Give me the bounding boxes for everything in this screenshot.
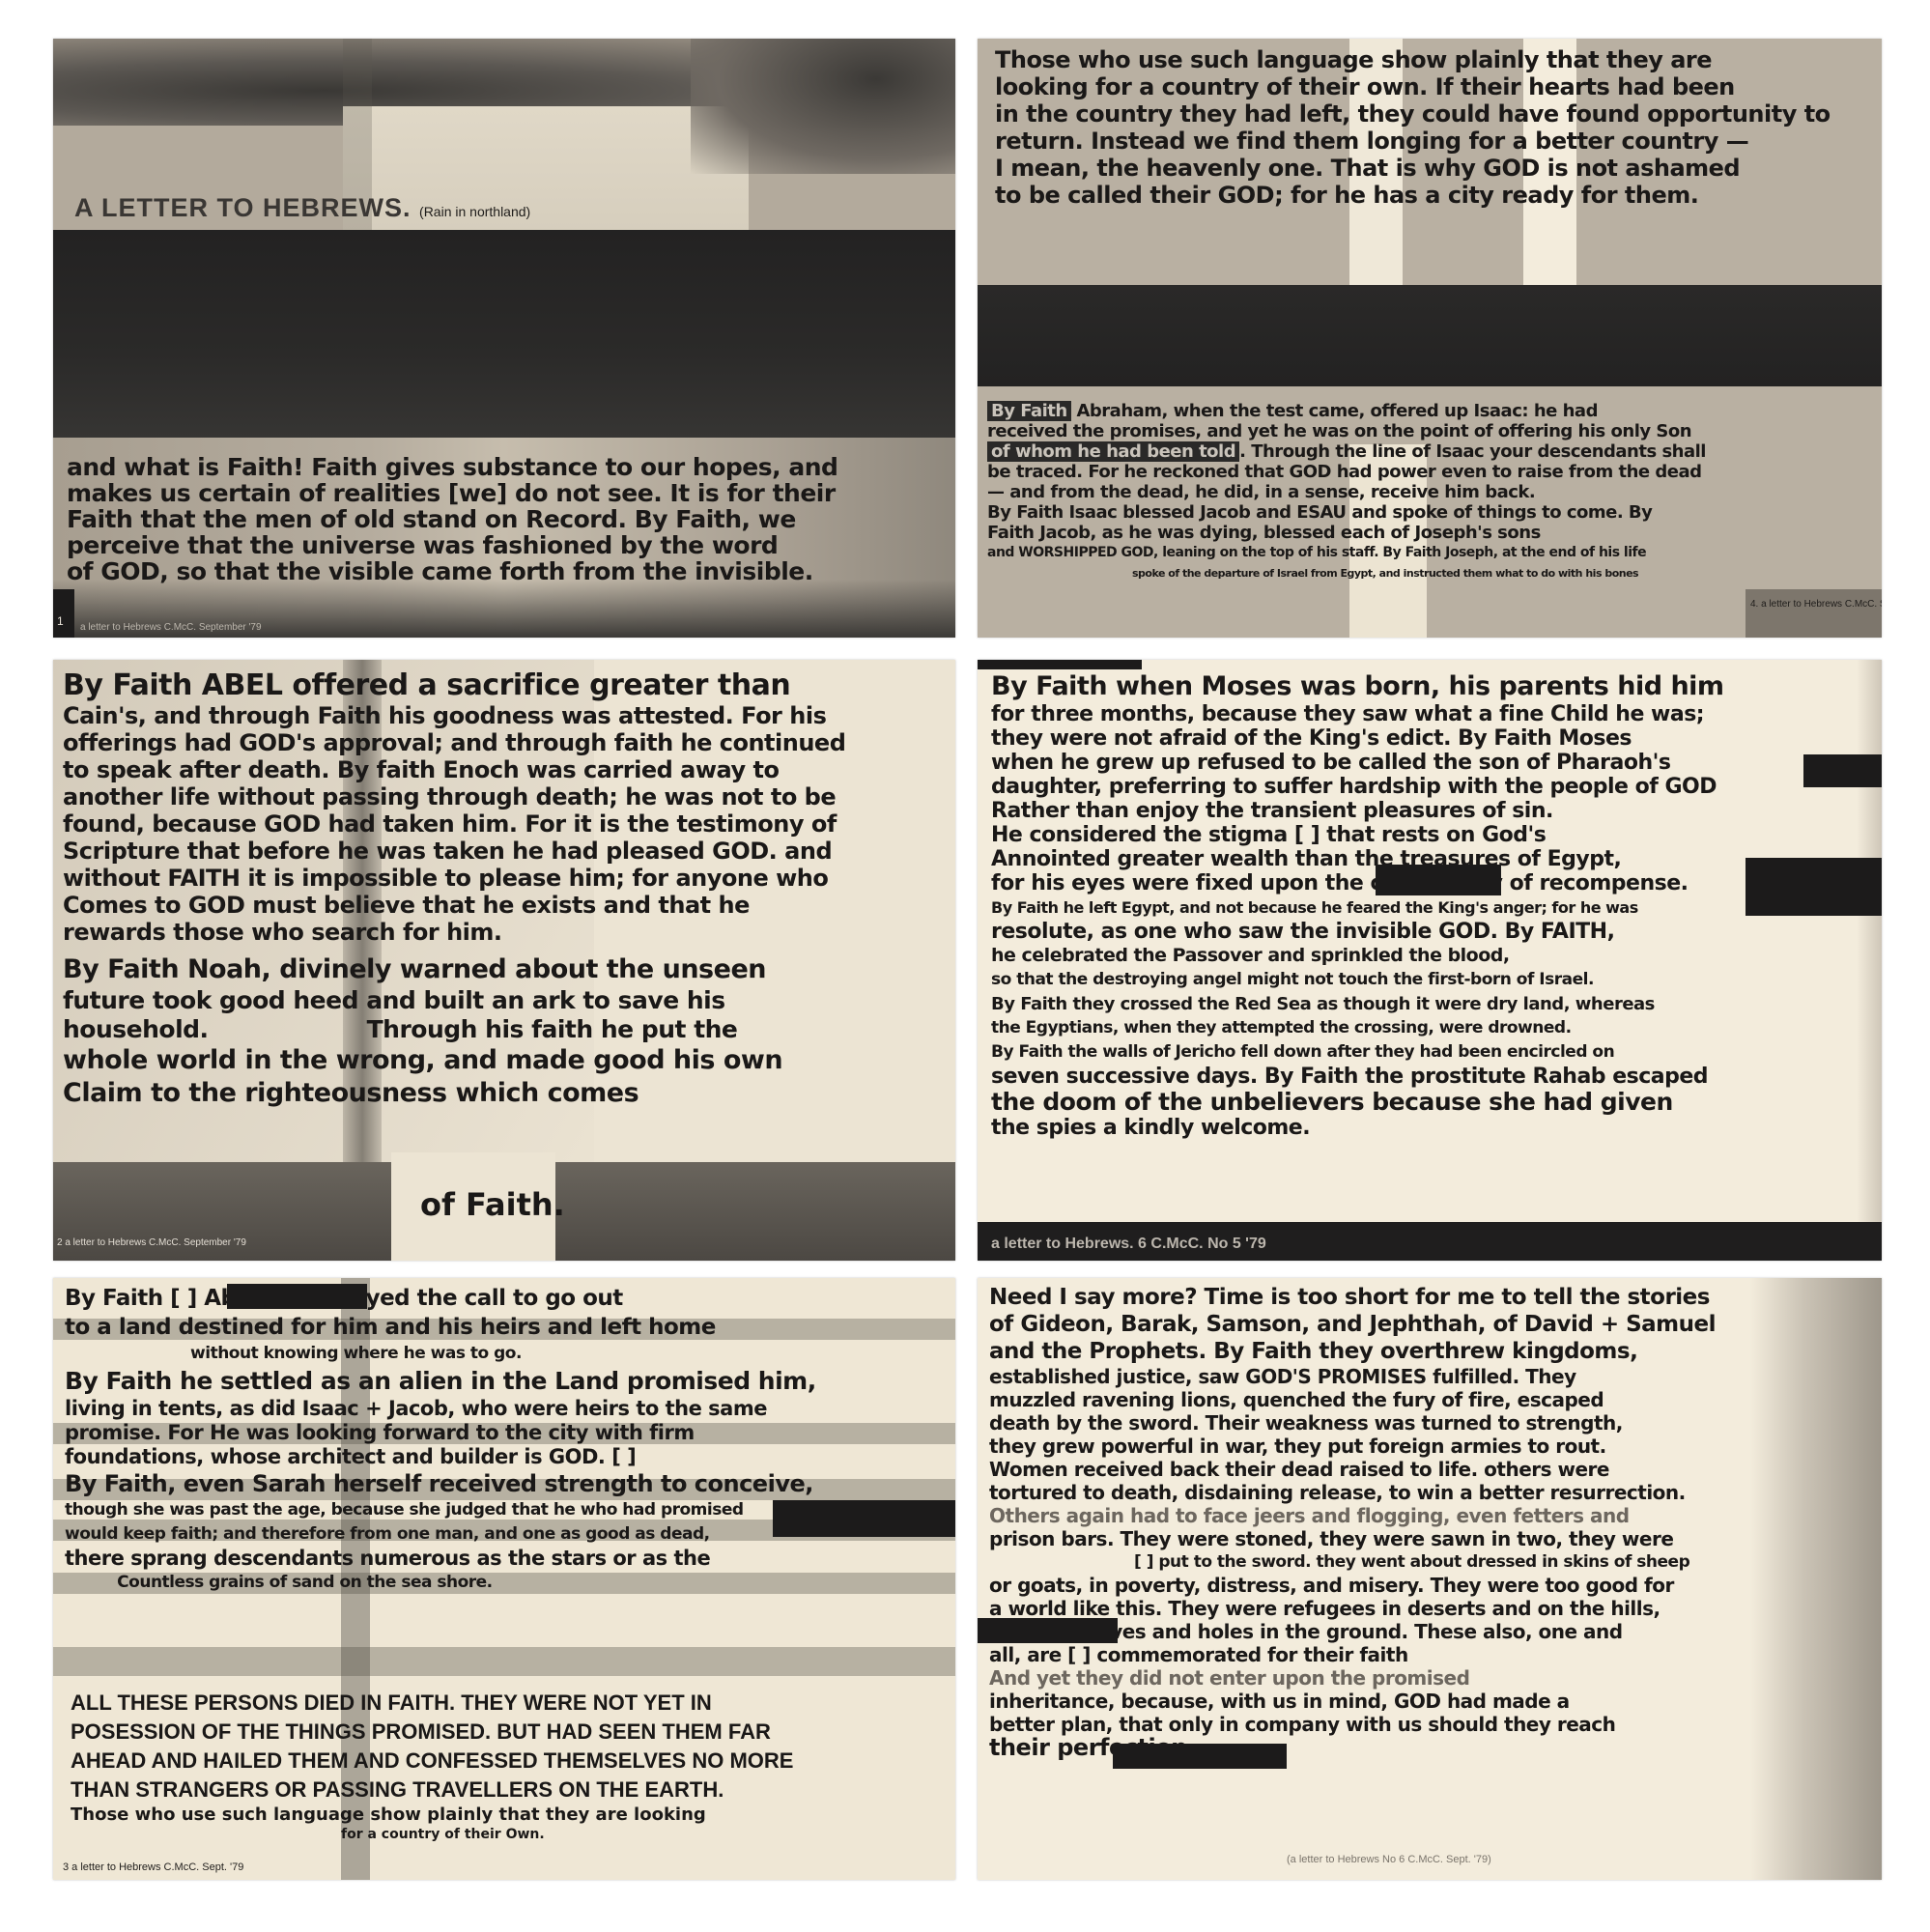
text-line: so that the destroying angel might not t… — [991, 968, 1724, 992]
text-line: though she was past the age, because she… — [65, 1498, 816, 1522]
panel-5-text: By Faith when Moses was born, his parent… — [991, 671, 1724, 1140]
text-line: By Faith ABEL offered a sacrifice greate… — [63, 669, 845, 702]
text-line: foundations, whose architect and builder… — [65, 1445, 816, 1469]
text-line: seven successive days. By Faith the pros… — [991, 1065, 1724, 1089]
panel-6-need-i-say-more: Need I say more? Time is too short for m… — [978, 1278, 1882, 1880]
text-line: He considered the stigma [ ] that rests … — [991, 823, 1724, 847]
panel-4-lower-text: By Faith Abraham, when the test came, of… — [987, 401, 1706, 583]
text-line: another life without passing through dea… — [63, 783, 845, 810]
ending-of-faith: of Faith. — [420, 1186, 565, 1223]
text-line: By Faith Noah, divinely warned about the… — [63, 953, 845, 986]
grey-smear — [53, 1647, 955, 1676]
text-line: to a land destined for him and his heirs… — [65, 1313, 816, 1342]
text-line: would keep faith; and therefore from one… — [65, 1522, 816, 1547]
text-line: looking for a country of their own. If t… — [995, 73, 1831, 100]
text-line: living in tents, as did Isaac + Jacob, w… — [65, 1397, 816, 1421]
text-line: rewards those who search for him. — [63, 919, 845, 946]
text-line: spoke of the departure of Israel from Eg… — [987, 563, 1706, 583]
panel-3-abraham-sarah: By Faith [ ] Abraham obeyed the call to … — [53, 1278, 955, 1880]
panel-caption: 2 a letter to Hebrews C.McC. September '… — [57, 1237, 246, 1248]
text-line: resolute, as one who saw the invisible G… — [991, 920, 1724, 944]
text-line: THAN STRANGERS OR PASSING TRAVELLERS ON … — [71, 1776, 793, 1804]
text-line: for his eyes were fixed upon the coming … — [991, 871, 1724, 895]
panel-4-abraham-isaac: Those who use such language show plainly… — [978, 39, 1882, 638]
text-line: By Faith Isaac blessed Jacob and ESAU an… — [987, 502, 1706, 523]
text-line: without FAITH it is impossible to please… — [63, 865, 845, 892]
panel-2-abel-enoch-noah: By Faith ABEL offered a sacrifice greate… — [53, 660, 955, 1261]
panel-4-upper-text: Those who use such language show plainly… — [995, 46, 1831, 209]
text-line: death by the sword. Their weakness was t… — [989, 1411, 1716, 1435]
panel-caption: a letter to Hebrews C.McC. September '79 — [80, 622, 262, 633]
text-line: By Faith when Moses was born, his parent… — [991, 671, 1724, 702]
text-line: Women received back their dead raised to… — [989, 1458, 1716, 1481]
text-line: Claim to the righteousness which comes — [63, 1077, 845, 1110]
text-line: By Faith Abraham, when the test came, of… — [987, 401, 1706, 421]
text-line: daughter, preferring to suffer hardship … — [991, 775, 1724, 799]
panel-2-text: By Faith ABEL offered a sacrifice greate… — [63, 669, 845, 1110]
by-faith-tag: By Faith — [987, 401, 1071, 421]
text-line: AHEAD AND HAILED THEM AND CONFESSED THEM… — [71, 1747, 793, 1776]
redaction-bar — [1746, 858, 1882, 916]
text-line: — and from the dead, he did, in a sense,… — [987, 482, 1706, 502]
dark-sea-band — [53, 230, 955, 438]
panel-number-box — [53, 589, 74, 638]
text-line: household. Through his faith he put the — [63, 1015, 845, 1044]
text-line: all, are [ ] commemorated for their fait… — [989, 1643, 1716, 1666]
panel-1-rain-in-northland: A LETTER TO HEBREWS. (Rain in northland)… — [53, 39, 955, 638]
panel-caption: 4. a letter to Hebrews C.McC. September … — [1750, 599, 1882, 610]
text-line: received the promises, and yet he was on… — [987, 421, 1706, 441]
text-line: for three months, because they saw what … — [991, 702, 1724, 726]
text-line: offerings had GOD's approval; and throug… — [63, 729, 845, 756]
all-these-persons-text: ALL THESE PERSONS DIED IN FAITH. THEY WE… — [71, 1689, 793, 1843]
redaction-bar — [1803, 754, 1882, 787]
panel-caption: 3 a letter to Hebrews C.McC. Sept. '79 — [63, 1861, 243, 1873]
redaction-bar — [1376, 865, 1501, 895]
text-line: they were not afraid of the King's edict… — [991, 726, 1724, 751]
dark-band — [978, 285, 1882, 386]
text-line: Those who use such language show plainly… — [71, 1804, 793, 1826]
text-line: in the country they had left, they could… — [995, 100, 1831, 128]
redaction-bar — [773, 1500, 955, 1537]
text-line: and WORSHIPPED GOD, leaning on the top o… — [987, 543, 1706, 563]
text-line: of whom he had been told. Through the li… — [987, 441, 1706, 462]
text-line: whole world in the wrong, and made good … — [63, 1044, 845, 1077]
text-line: [ ] put to the sword. they went about dr… — [989, 1550, 1716, 1574]
text-line: And yet they did not enter upon the prom… — [989, 1666, 1716, 1690]
text-line: Scripture that before he was taken he ha… — [63, 838, 845, 865]
text-line: the spies a kindly welcome. — [991, 1116, 1724, 1140]
text-line: better plan, that only in company with u… — [989, 1713, 1716, 1736]
text-line: return. Instead we find them longing for… — [995, 128, 1831, 155]
panel-caption: a letter to Hebrews. 6 C.McC. No 5 '79 — [991, 1236, 1266, 1253]
text-line: perceive that the universe was fashioned… — [67, 532, 837, 558]
text-line: of GOD, so that the visible came forth f… — [67, 558, 837, 584]
title-text: A LETTER TO HEBREWS. — [74, 193, 412, 222]
text-line: there sprang descendants numerous as the… — [65, 1547, 816, 1571]
text-line: Others again had to face jeers and flogg… — [989, 1504, 1716, 1527]
text-line: be traced. For he reckoned that GOD had … — [987, 462, 1706, 482]
text-line: the doom of the unbelievers because she … — [991, 1089, 1724, 1116]
text-line: found, because GOD had taken him. For it… — [63, 810, 845, 838]
text-line: established justice, saw GOD'S PROMISES … — [989, 1365, 1716, 1388]
panel-6-text: Need I say more? Time is too short for m… — [989, 1284, 1716, 1759]
text-line: for a country of their Own. — [71, 1826, 793, 1843]
text-line: or goats, in poverty, distress, and mise… — [989, 1574, 1716, 1597]
text-line: Faith Jacob, as he was dying, blessed ea… — [987, 523, 1706, 543]
text-line: makes us certain of realities [we] do no… — [67, 480, 837, 506]
text-line: I mean, the heavenly one. That is why GO… — [995, 155, 1831, 182]
text-line: they grew powerful in war, they put fore… — [989, 1435, 1716, 1458]
text-line: Annointed greater wealth than the treasu… — [991, 847, 1724, 871]
caption-box — [1746, 589, 1882, 638]
panel-3-text: By Faith [ ] Abraham obeyed the call to … — [65, 1284, 816, 1595]
text-line: and the Prophets. By Faith they overthre… — [989, 1338, 1716, 1365]
redaction-bar — [978, 1618, 1118, 1643]
text-line: he celebrated the Passover and sprinkled… — [991, 944, 1724, 968]
text-line: to be called their GOD; for he has a cit… — [995, 182, 1831, 209]
text-line: prison bars. They were stoned, they were… — [989, 1527, 1716, 1550]
subtitle-text: (Rain in northland) — [419, 204, 530, 219]
whom-tag: of whom he had been told — [987, 441, 1239, 462]
text-line: Rather than enjoy the transient pleasure… — [991, 799, 1724, 823]
text-line: Need I say more? Time is too short for m… — [989, 1284, 1716, 1311]
text-line: tortured to death, disdaining release, t… — [989, 1481, 1716, 1504]
text-line: Comes to GOD must believe that he exists… — [63, 892, 845, 919]
text-line: without knowing where he was to go. — [65, 1342, 816, 1366]
text-line: of Gideon, Barak, Samson, and Jephthah, … — [989, 1311, 1716, 1338]
text-line: muzzled ravening lions, quenched the fur… — [989, 1388, 1716, 1411]
panel-number: 1 — [57, 614, 64, 628]
edge-shade — [1857, 660, 1882, 1261]
text-line: Cain's, and through Faith his goodness w… — [63, 702, 845, 729]
text-line: POSESSION OF THE THINGS PROMISED. BUT HA… — [71, 1718, 793, 1747]
text-fragment: Abraham, when the test came, offered up … — [1076, 401, 1597, 421]
text-line: By Faith he left Egypt, and not because … — [991, 895, 1724, 920]
text-line: their perfection. — [989, 1736, 1716, 1759]
text-line: when he grew up refused to be called the… — [991, 751, 1724, 775]
text-line: Those who use such language show plainly… — [995, 46, 1831, 73]
text-line: By Faith [ ] Abraham obeyed the call to … — [65, 1284, 816, 1313]
text-line: promise. For He was looking forward to t… — [65, 1421, 816, 1445]
text-line: future took good heed and built an ark t… — [63, 986, 845, 1015]
text-line: By Faith the walls of Jericho fell down … — [991, 1040, 1724, 1065]
text-line: and what is Faith! Faith gives substance… — [67, 454, 837, 480]
redaction-bar — [227, 1284, 367, 1309]
storm-cloud-right — [691, 39, 955, 174]
top-dark-mark — [978, 660, 1142, 669]
panel-1-text: and what is Faith! Faith gives substance… — [67, 454, 837, 584]
text-line: Countless grains of sand on the sea shor… — [65, 1571, 816, 1595]
edge-shade — [1750, 1278, 1882, 1880]
series-title: A LETTER TO HEBREWS. (Rain in northland) — [74, 193, 530, 223]
text-line: Faith that the men of old stand on Recor… — [67, 506, 837, 532]
text-line: ALL THESE PERSONS DIED IN FAITH. THEY WE… — [71, 1689, 793, 1718]
text-line: By Faith he settled as an alien in the L… — [65, 1366, 816, 1397]
text-line: inheritance, because, with us in mind, G… — [989, 1690, 1716, 1713]
redaction-bar — [1113, 1744, 1287, 1769]
text-fragment: Through the line of Isaac your descendan… — [1251, 441, 1706, 462]
text-line: to speak after death. By faith Enoch was… — [63, 756, 845, 783]
panel-5-moses: By Faith when Moses was born, his parent… — [978, 660, 1882, 1261]
text-line: a world like this. They were refugees in… — [989, 1597, 1716, 1620]
text-line: the Egyptians, when they attempted the c… — [991, 1016, 1724, 1040]
text-line: By Faith, even Sarah herself received st… — [65, 1469, 816, 1498]
text-line: By Faith they crossed the Red Sea as tho… — [991, 992, 1724, 1016]
panel-caption: (a letter to Hebrews No 6 C.McC. Sept. '… — [1287, 1854, 1491, 1865]
